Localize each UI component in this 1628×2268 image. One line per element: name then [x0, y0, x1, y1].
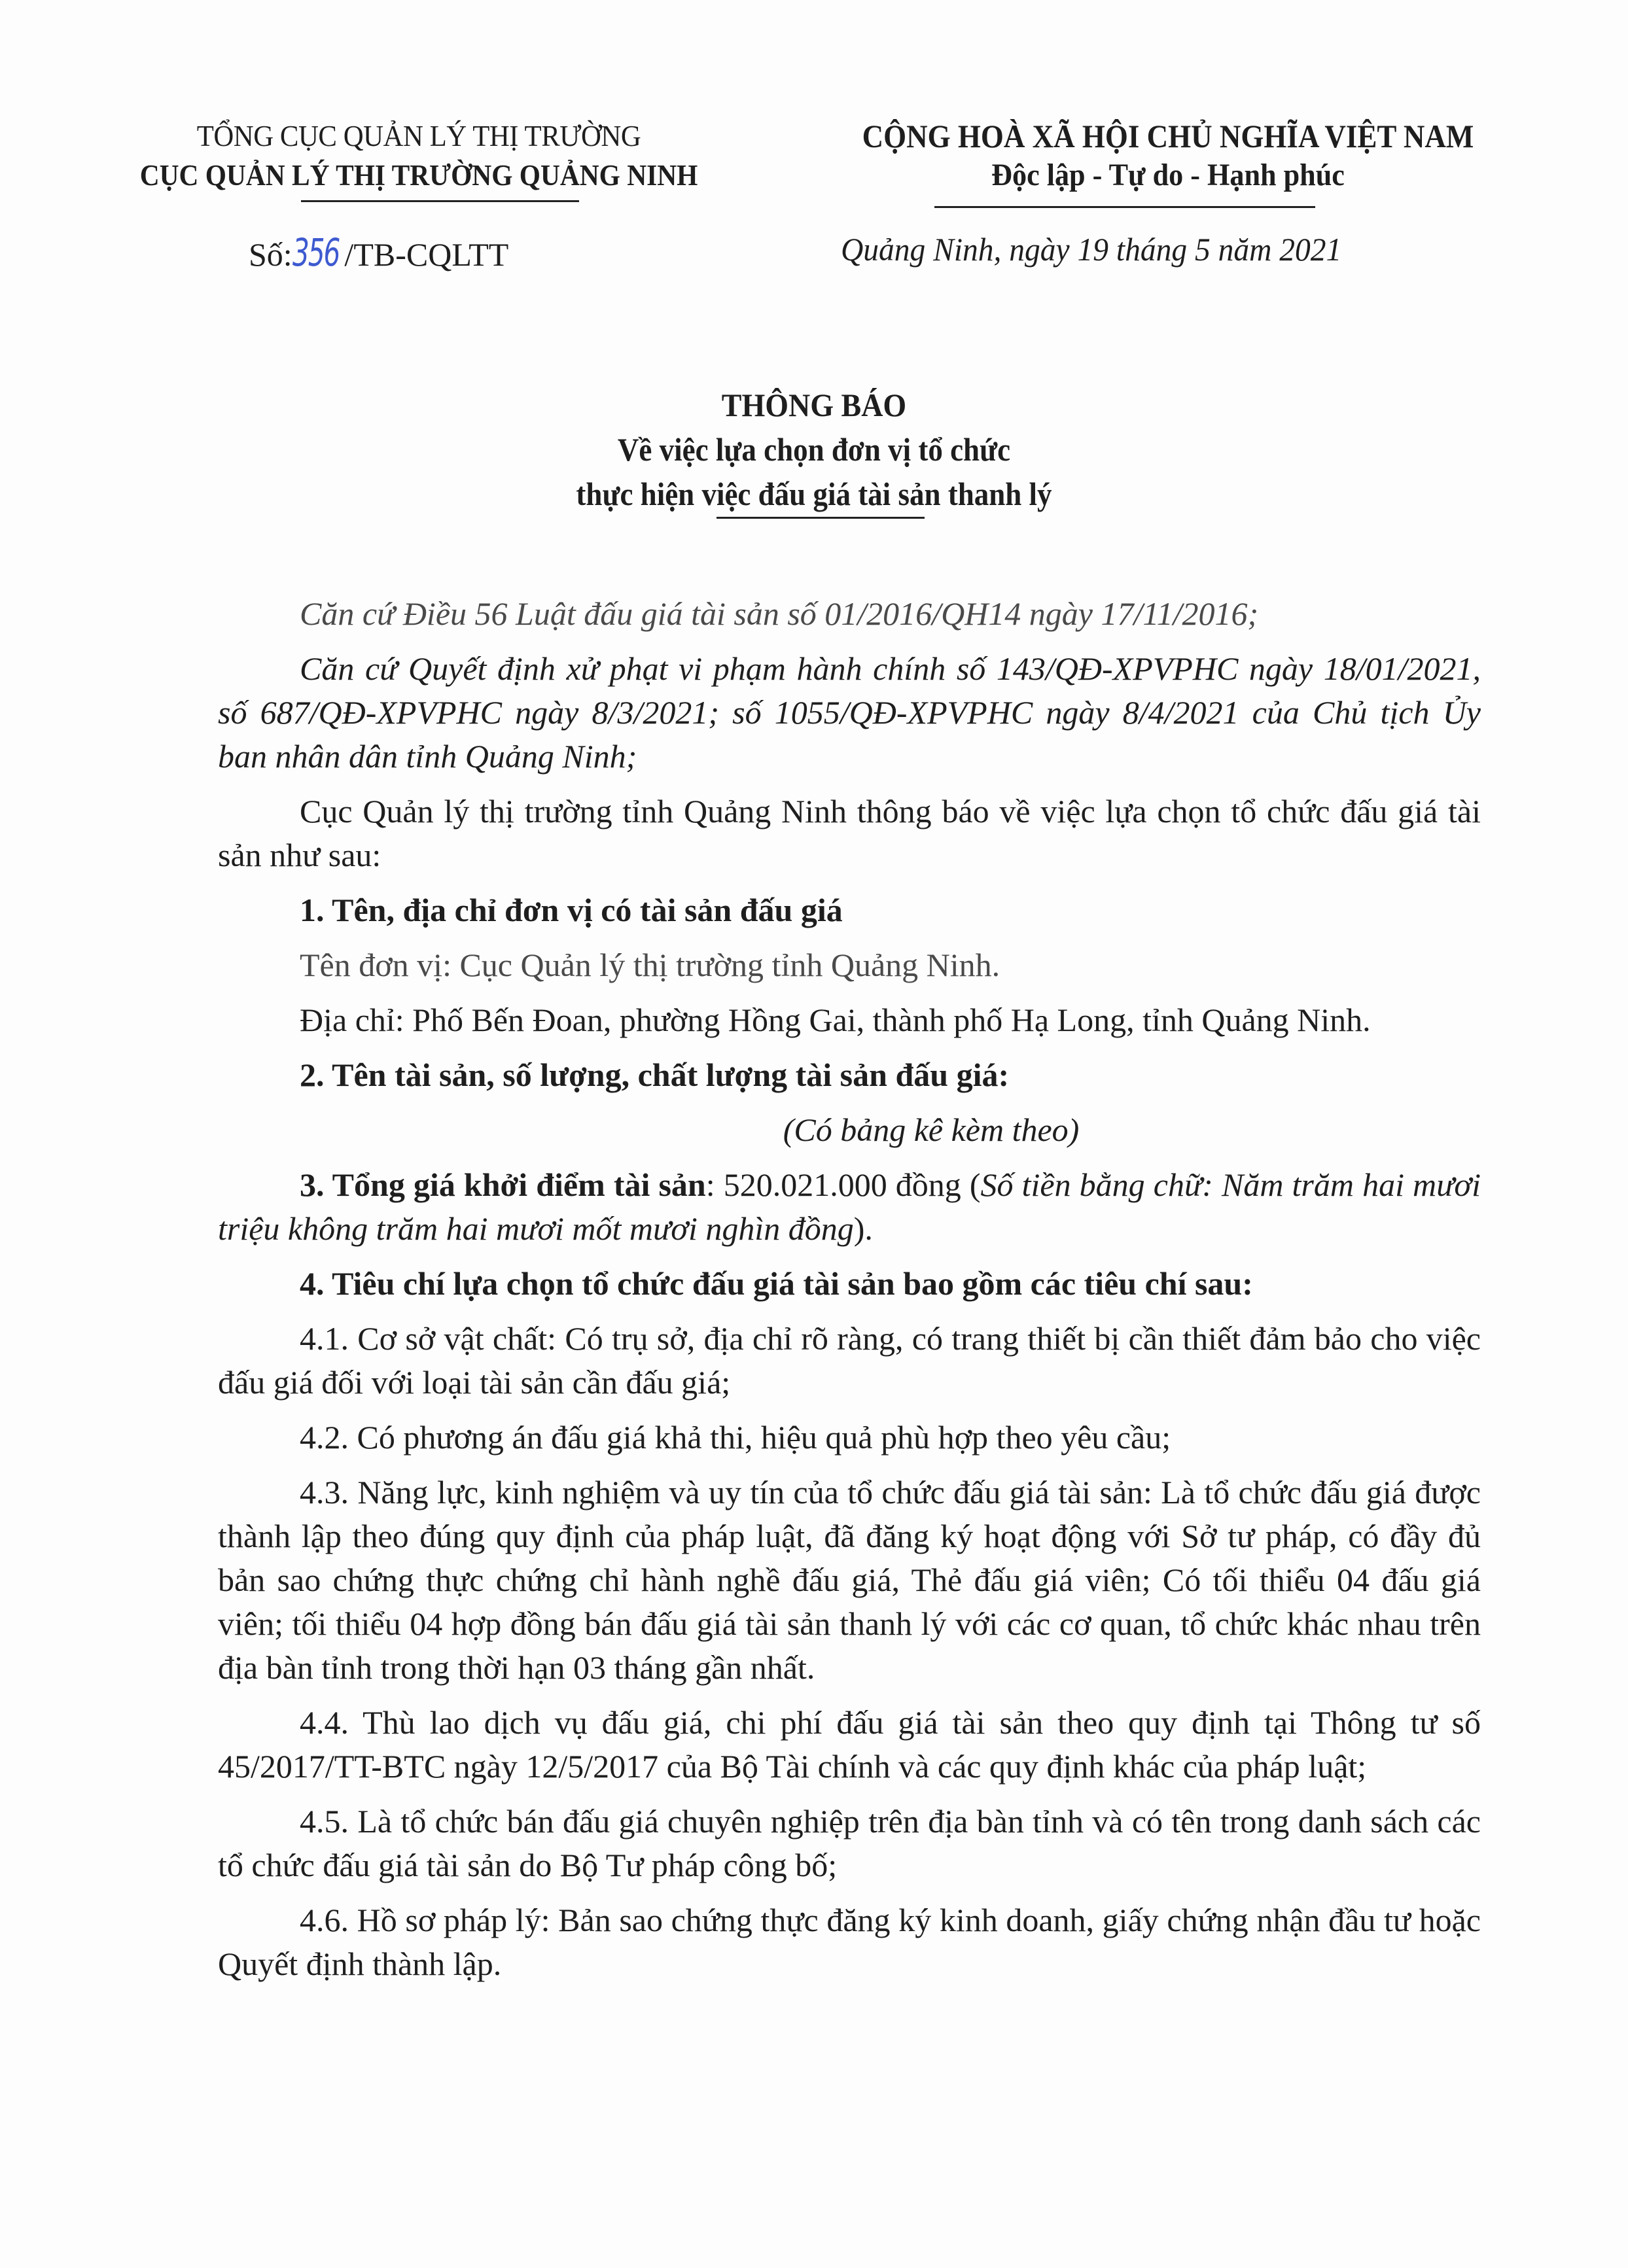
price-closing: ). — [854, 1210, 873, 1247]
parent-agency-name: TỔNG CỤC QUẢN LÝ THỊ TRƯỜNG — [130, 116, 708, 156]
unit-address: Địa chỉ: Phố Bến Đoan, phường Hồng Gai, … — [218, 998, 1481, 1042]
title-underline — [717, 517, 925, 519]
motto-underline — [934, 206, 1315, 208]
section-1-heading: 1. Tên, địa chỉ đơn vị có tài sản đấu gi… — [218, 888, 1481, 932]
document-type: THÔNG BÁO — [65, 383, 1563, 427]
subject-line-2: thực hiện việc đấu giá tài sản thanh lý — [81, 472, 1546, 516]
country-name: CỘNG HOÀ XÃ HỘI CHỦ NGHĨA VIỆT NAM — [821, 116, 1515, 156]
section-3-paragraph: 3. Tổng giá khởi điểm tài sản: 520.021.0… — [218, 1163, 1481, 1251]
agency-name: CỤC QUẢN LÝ THỊ TRƯỜNG QUẢNG NINH — [139, 156, 699, 195]
place-date: Quảng Ninh, ngày 19 tháng 5 năm 2021 — [841, 230, 1341, 268]
document-number: Số:356/TB-CQLTT — [249, 230, 508, 275]
national-motto: Độc lập - Tự do - Hạnh phúc — [813, 156, 1523, 195]
document-title-block: THÔNG BÁO Về việc lựa chọn đơn vị tổ chứ… — [0, 383, 1628, 516]
doc-number-suffix: /TB-CQLTT — [344, 236, 508, 273]
unit-name: Tên đơn vị: Cục Quản lý thị trường tỉnh … — [218, 943, 1481, 987]
handwritten-number: 356 — [292, 230, 339, 275]
national-title-block: CỘNG HOÀ XÃ HỘI CHỦ NGHĨA VIỆT NAM Độc l… — [782, 116, 1554, 195]
criterion-4-2: 4.2. Có phương án đấu giá khả thi, hiệu … — [218, 1416, 1481, 1459]
legal-basis-1: Căn cứ Điều 56 Luật đấu giá tài sản số 0… — [218, 592, 1481, 636]
legal-basis-2: Căn cứ Quyết định xử phạt vi phạm hành c… — [218, 647, 1481, 778]
intro-paragraph: Cục Quản lý thị trường tỉnh Quảng Ninh t… — [218, 790, 1481, 877]
criterion-4-4: 4.4. Thù lao dịch vụ đấu giá, chi phí đấ… — [218, 1701, 1481, 1788]
starting-price: : 520.021.000 đồng ( — [706, 1166, 981, 1203]
criterion-4-6: 4.6. Hồ sơ pháp lý: Bản sao chứng thực đ… — [218, 1898, 1481, 1986]
criterion-4-3: 4.3. Năng lực, kinh nghiệm và uy tín của… — [218, 1471, 1481, 1690]
section-2-heading: 2. Tên tài sản, số lượng, chất lượng tài… — [218, 1053, 1481, 1097]
issuing-agency-block: TỔNG CỤC QUẢN LÝ THỊ TRƯỜNG CỤC QUẢN LÝ … — [108, 116, 730, 195]
section-3-heading: 3. Tổng giá khởi điểm tài sản — [300, 1166, 706, 1203]
criterion-4-5: 4.5. Là tổ chức bán đấu giá chuyên nghiệ… — [218, 1800, 1481, 1887]
attached-list-note: (Có bảng kê kèm theo) — [218, 1108, 1481, 1152]
subject-line-1: Về việc lựa chọn đơn vị tổ chức — [81, 427, 1546, 472]
criterion-4-1: 4.1. Cơ sở vật chất: Có trụ sở, địa chỉ … — [218, 1317, 1481, 1404]
section-4-heading: 4. Tiêu chí lựa chọn tổ chức đấu giá tài… — [218, 1262, 1481, 1306]
doc-number-prefix: Số: — [249, 236, 292, 273]
agency-underline — [301, 200, 579, 202]
document-body: Căn cứ Điều 56 Luật đấu giá tài sản số 0… — [218, 592, 1481, 1997]
